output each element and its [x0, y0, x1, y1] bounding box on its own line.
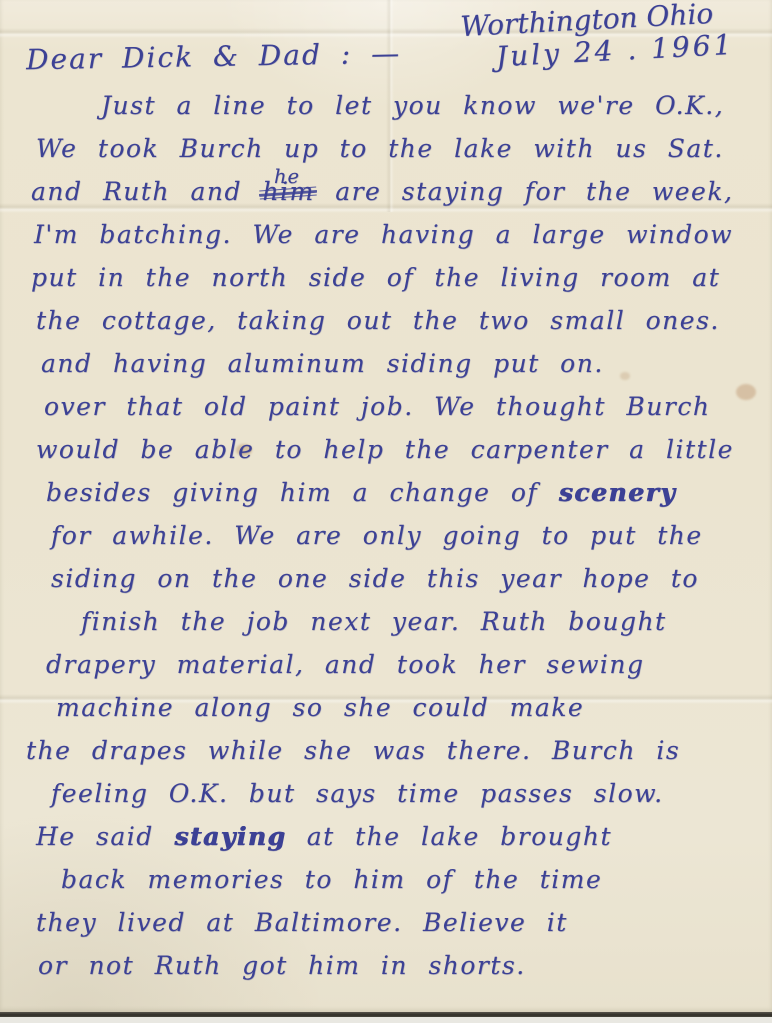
letter-line: drapery material, and took her sewing	[46, 643, 762, 686]
line-text: and Ruth and	[31, 177, 262, 206]
letter-line: finish the job next year. Ruth bought	[81, 600, 762, 643]
letter-line: or not Ruth got him in shorts.	[38, 944, 762, 987]
letter-line: the cottage, taking out the two small on…	[36, 299, 762, 342]
scan-background-strip	[0, 1017, 772, 1023]
letter-paper: Worthington Ohio July 24 . 1961 Dear Dic…	[0, 0, 772, 1012]
letter-line-with-correction: and Ruth and himhe are staying for the w…	[31, 170, 762, 213]
salutation: Dear Dick & Dad : —	[26, 37, 402, 77]
letter-line: they lived at Baltimore. Believe it	[36, 901, 762, 944]
letter-line: back memories to him of the time	[61, 858, 762, 901]
letter-line: siding on the one side this year hope to	[51, 557, 762, 600]
letter-line: the drapes while she was there. Burch is	[26, 729, 762, 772]
line-text: at the lake brought	[286, 822, 612, 851]
letter-line: would be able to help the carpenter a li…	[36, 428, 762, 471]
letter-line: and having aluminum siding put on.	[41, 342, 762, 385]
letter-line: feeling O.K. but says time passes slow.	[51, 772, 762, 815]
letter-body: Just a line to let you know we're O.K., …	[26, 84, 762, 987]
letter-line: over that old paint job. We thought Burc…	[44, 385, 762, 428]
line-text: besides giving him a change of	[46, 478, 559, 507]
line-text: He said	[36, 822, 174, 851]
letter-line-with-overwrite: He said staying at the lake brought	[36, 815, 762, 858]
overwritten-word: staying	[174, 822, 286, 851]
line-text: are staying for the week,	[315, 177, 734, 206]
letter-heading: Worthington Ohio July 24 . 1961	[460, 0, 736, 75]
inserted-word: he	[274, 155, 300, 198]
letter-line: Just a line to let you know we're O.K.,	[101, 84, 762, 127]
letter-line: for awhile. We are only going to put the	[51, 514, 762, 557]
letter-line: I'm batching. We are having a large wind…	[34, 213, 762, 256]
overwritten-word: scenery	[559, 478, 676, 507]
letter-line: put in the north side of the living room…	[31, 256, 762, 299]
scanned-letter: Worthington Ohio July 24 . 1961 Dear Dic…	[0, 0, 772, 1023]
letter-line: machine along so she could make	[56, 686, 762, 729]
letter-line-with-overwrite: besides giving him a change of scenery	[46, 471, 762, 514]
correction: himhe	[262, 170, 314, 213]
letter-line: We took Burch up to the lake with us Sat…	[36, 127, 762, 170]
